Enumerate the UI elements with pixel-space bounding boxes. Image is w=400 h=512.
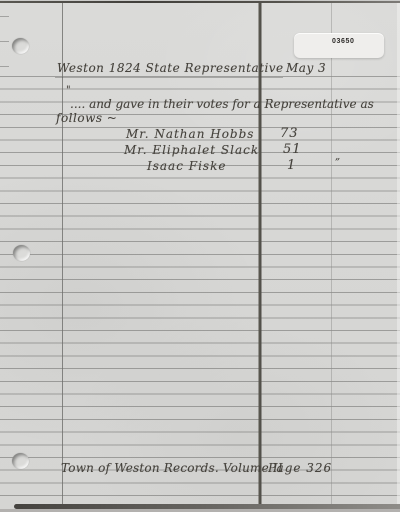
vote-name: Mr. Nathan Hobbs <box>126 128 254 141</box>
punch-hole <box>12 38 29 54</box>
vote-count: 51 <box>283 143 302 156</box>
left-edge-rule-tick <box>0 66 9 67</box>
body-line-2: follows ~ <box>56 112 117 125</box>
heading-title: Weston 1824 State Representative <box>57 62 284 75</box>
archive-label-sticker: 03650 <box>294 33 384 58</box>
vote-name: Mr. Eliphalet Slack <box>124 144 259 157</box>
punch-hole <box>12 453 29 469</box>
binding-seam-line <box>258 0 262 512</box>
left-edge-rule-tick <box>0 41 9 42</box>
scan-top-edge <box>0 1 400 3</box>
vote-name: Isaac Fiske <box>147 160 226 173</box>
ditto-mark: „ <box>335 150 340 163</box>
body-line-1: .... and gave in their votes for a Repre… <box>70 98 374 111</box>
left-edge-rule-tick <box>0 16 9 17</box>
citation-source: Town of Weston Records. Volume II <box>61 462 283 475</box>
citation-page: Page 326 <box>268 462 332 475</box>
scanned-document-page: 03650 Weston 1824 State Representative M… <box>0 0 400 512</box>
archive-label-number: 03650 <box>332 38 354 45</box>
heading-underline <box>55 77 283 78</box>
right-column-rule-line <box>331 0 332 512</box>
vote-count: 1 <box>287 159 295 172</box>
punch-hole <box>13 245 30 261</box>
opening-quote-mark: " <box>66 84 71 97</box>
heading-date: May 3 <box>286 62 326 75</box>
vote-count: 73 <box>280 127 299 140</box>
